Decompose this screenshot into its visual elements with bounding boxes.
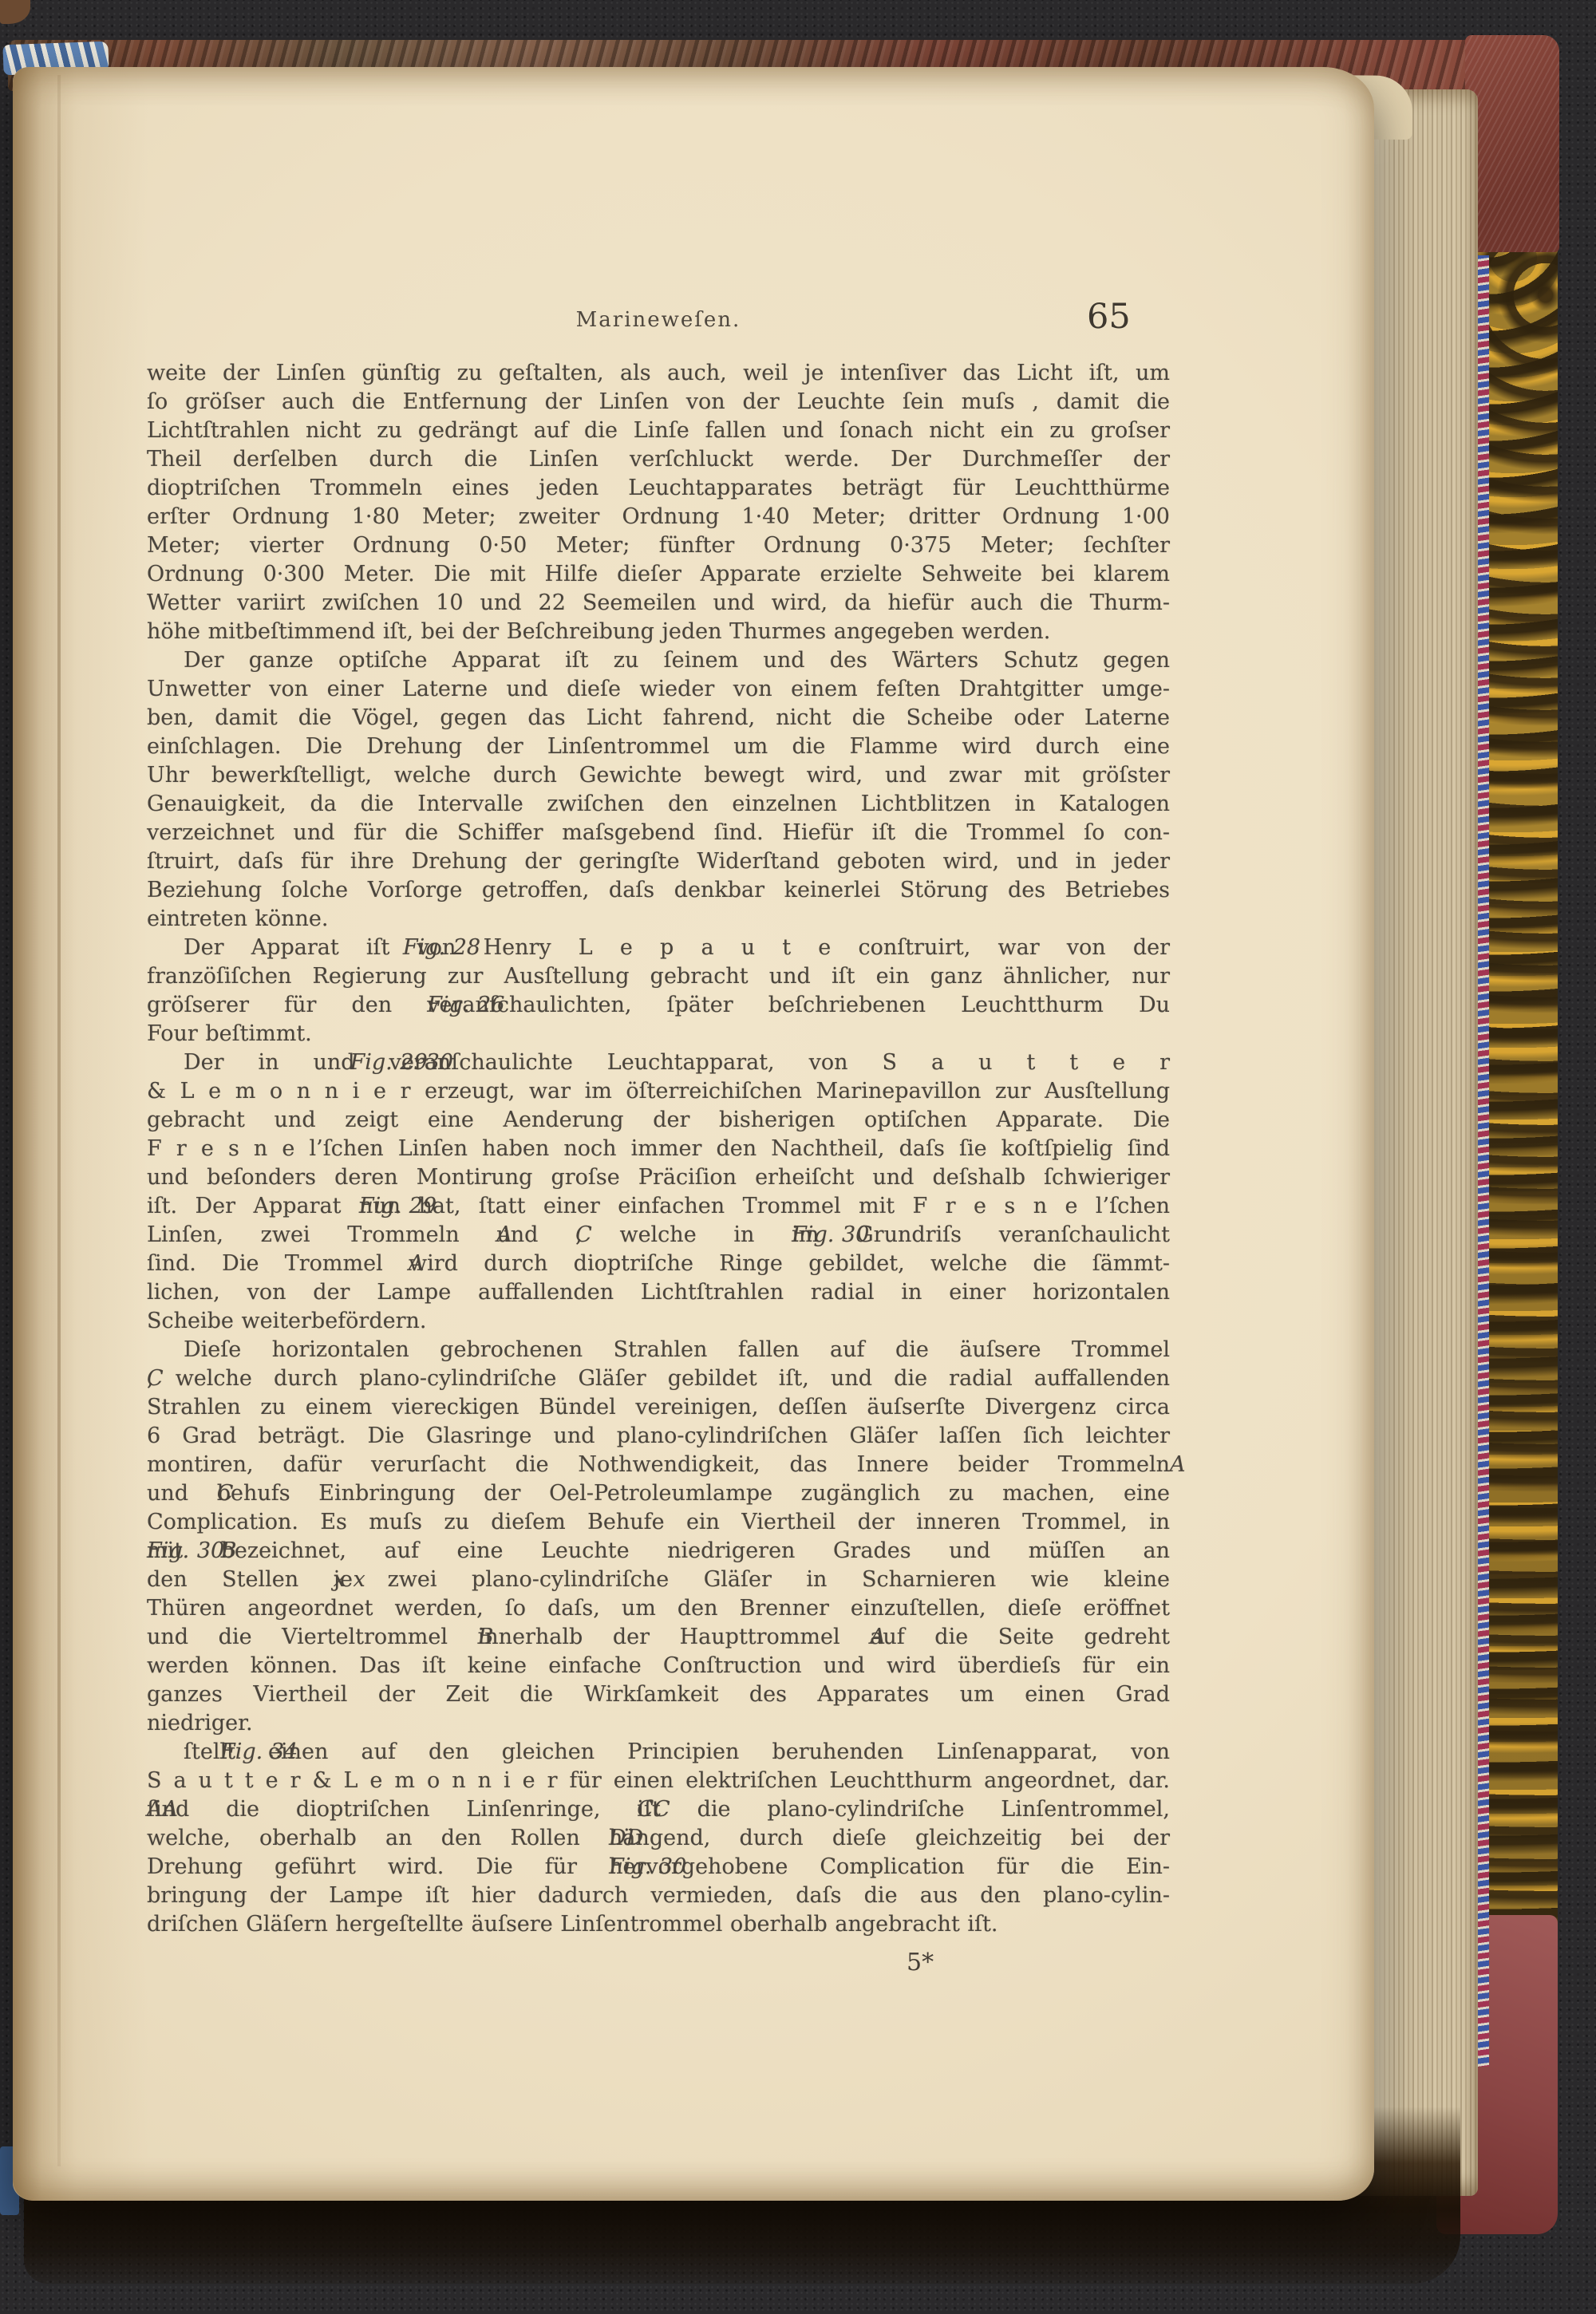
text-line: S a u t t e r & L e m o n n i e r für ei… — [147, 1767, 1170, 1795]
text-line: Thüren angeordnet werden, ſo daſs, um de… — [147, 1594, 1170, 1623]
text-line: den Stellen x x je zwei plano-cylindriſc… — [147, 1566, 1170, 1594]
text-line: welche, oberhalb an den Rollen DD hängen… — [147, 1824, 1170, 1853]
page-header: Marineweſen. 65 — [147, 303, 1170, 351]
text-line: werden können. Das iſt keine einfache Co… — [147, 1652, 1170, 1680]
text-line: und beſonders deren Montirung groſse Prä… — [147, 1163, 1170, 1192]
signature-mark: 5* — [907, 1949, 934, 1976]
text-line: AA ſind die dioptriſchen Linſenringe, CC… — [147, 1795, 1170, 1824]
text-line: lichen, von der Lampe auffallenden Licht… — [147, 1278, 1170, 1307]
text-line: Genauigkeit, da die Intervalle zwiſchen … — [147, 790, 1170, 819]
book-cover-leather-corner-top — [1465, 35, 1559, 252]
text-line: Drehung geführt wird. Die für Fig. 30 he… — [147, 1853, 1170, 1882]
text-line: Complication. Es muſs zu dieſem Behufe e… — [147, 1508, 1170, 1537]
text-line: und C behufs Einbringung der Oel-Petrole… — [147, 1479, 1170, 1508]
text-line: Dieſe horizontalen gebrochenen Strahlen … — [147, 1336, 1170, 1364]
text-line: iſt. Der Apparat Fig. 29 nun hat, ſtatt … — [147, 1192, 1170, 1221]
text-line: Fig. 30 mit B bezeichnet, auf eine Leuch… — [147, 1537, 1170, 1566]
text-line: franzöſiſchen Regierung zur Ausſtellung … — [147, 962, 1170, 991]
text-line: ganzes Viertheil der Zeit die Wirkſamkei… — [147, 1680, 1170, 1709]
text-line: höhe mitbeſtimmend iſt, bei der Beſchrei… — [147, 618, 1170, 646]
text-line: Scheibe weiterbefördern. — [147, 1307, 1170, 1336]
text-line: Lichtſtrahlen nicht zu gedrängt auf die … — [147, 417, 1170, 445]
text-line: verzeichnet und für die Schiffer maſsgeb… — [147, 819, 1170, 847]
text-line: Der ganze optiſche Apparat iſt zu ſeinem… — [147, 646, 1170, 675]
running-title: Marineweſen. — [147, 308, 1170, 332]
text-line: 6 Grad beträgt. Die Glasringe und plano-… — [147, 1422, 1170, 1451]
text-line: Ordnung 0·300 Meter. Die mit Hilfe dieſe… — [147, 560, 1170, 589]
text-line: bringung der Lampe iſt hier dadurch verm… — [147, 1882, 1170, 1910]
text-line: eintreten könne. — [147, 905, 1170, 934]
text-line: Meter; vierter Ordnung 0·50 Meter; fünft… — [147, 531, 1170, 560]
text-line: gebracht und zeigt eine Aenderung der bi… — [147, 1106, 1170, 1135]
page-content: Marineweſen. 65 weite der Linſen günſtig… — [13, 67, 1374, 2201]
text-line: Four beſtimmt. — [147, 1020, 1170, 1048]
text-line: niedriger. — [147, 1709, 1170, 1738]
text-line: erſter Ordnung 1·80 Meter; zweiter Ordnu… — [147, 503, 1170, 531]
text-line: Uhr bewerkſtelligt, welche durch Gewicht… — [147, 761, 1170, 790]
text-line: gröſserer für den Fig. 26 veranſchaulich… — [147, 991, 1170, 1020]
text-line: ſtruirt, daſs für ihre Drehung der gerin… — [147, 847, 1170, 876]
text-line: & L e m o n n i e r erzeugt, war im öſte… — [147, 1077, 1170, 1106]
page-number: 65 — [1087, 297, 1131, 337]
text-line: Theil derſelben durch die Linſen verſchl… — [147, 445, 1170, 474]
text-line: einſchlagen. Die Drehung der Linſentromm… — [147, 733, 1170, 761]
text-line: montiren, dafür verurſacht die Nothwendi… — [147, 1451, 1170, 1479]
text-line: Wetter variirt zwiſchen 10 und 22 Seemei… — [147, 589, 1170, 618]
book-page: Marineweſen. 65 weite der Linſen günſtig… — [13, 67, 1374, 2201]
text-line: driſchen Gläſern hergeſtellte äuſsere Li… — [147, 1910, 1170, 1939]
text-line: Der in Fig. 29 und 30 veranſchaulichte L… — [147, 1048, 1170, 1077]
text-line: ſind. Die Trommel A wird durch dioptriſc… — [147, 1250, 1170, 1278]
text-line: Unwetter von einer Laterne und dieſe wie… — [147, 675, 1170, 704]
text-line: Fig. 34 ſtellt einen auf den gleichen Pr… — [147, 1738, 1170, 1767]
text-line: Beziehung ſolche Vorſorge getroffen, daſ… — [147, 876, 1170, 905]
text-line: dioptriſchen Trommeln eines jeden Leucht… — [147, 474, 1170, 503]
text-line: weite der Linſen günſtig zu geſtalten, a… — [147, 359, 1170, 388]
text-line: Linſen, zwei Trommeln A und C, welche in… — [147, 1221, 1170, 1250]
text-line: C, welche durch plano-cylindriſche Gläſe… — [147, 1364, 1170, 1393]
text-line: und die Vierteltrommel B innerhalb der H… — [147, 1623, 1170, 1652]
book-scan: Marineweſen. 65 weite der Linſen günſtig… — [0, 0, 1596, 2314]
text-line: Strahlen zu einem viereckigen Bündel ver… — [147, 1393, 1170, 1422]
page-body-text: weite der Linſen günſtig zu geſtalten, a… — [147, 359, 1170, 1939]
text-line: Der Apparat Fig. 28 iſt von Henry L e p … — [147, 934, 1170, 962]
text-line: ſo gröſser auch die Entfernung der Linſe… — [147, 388, 1170, 417]
text-line: ben, damit die Vögel, gegen das Licht fa… — [147, 704, 1170, 733]
text-line: F r e s n e l’ſchen Linſen haben noch im… — [147, 1135, 1170, 1163]
